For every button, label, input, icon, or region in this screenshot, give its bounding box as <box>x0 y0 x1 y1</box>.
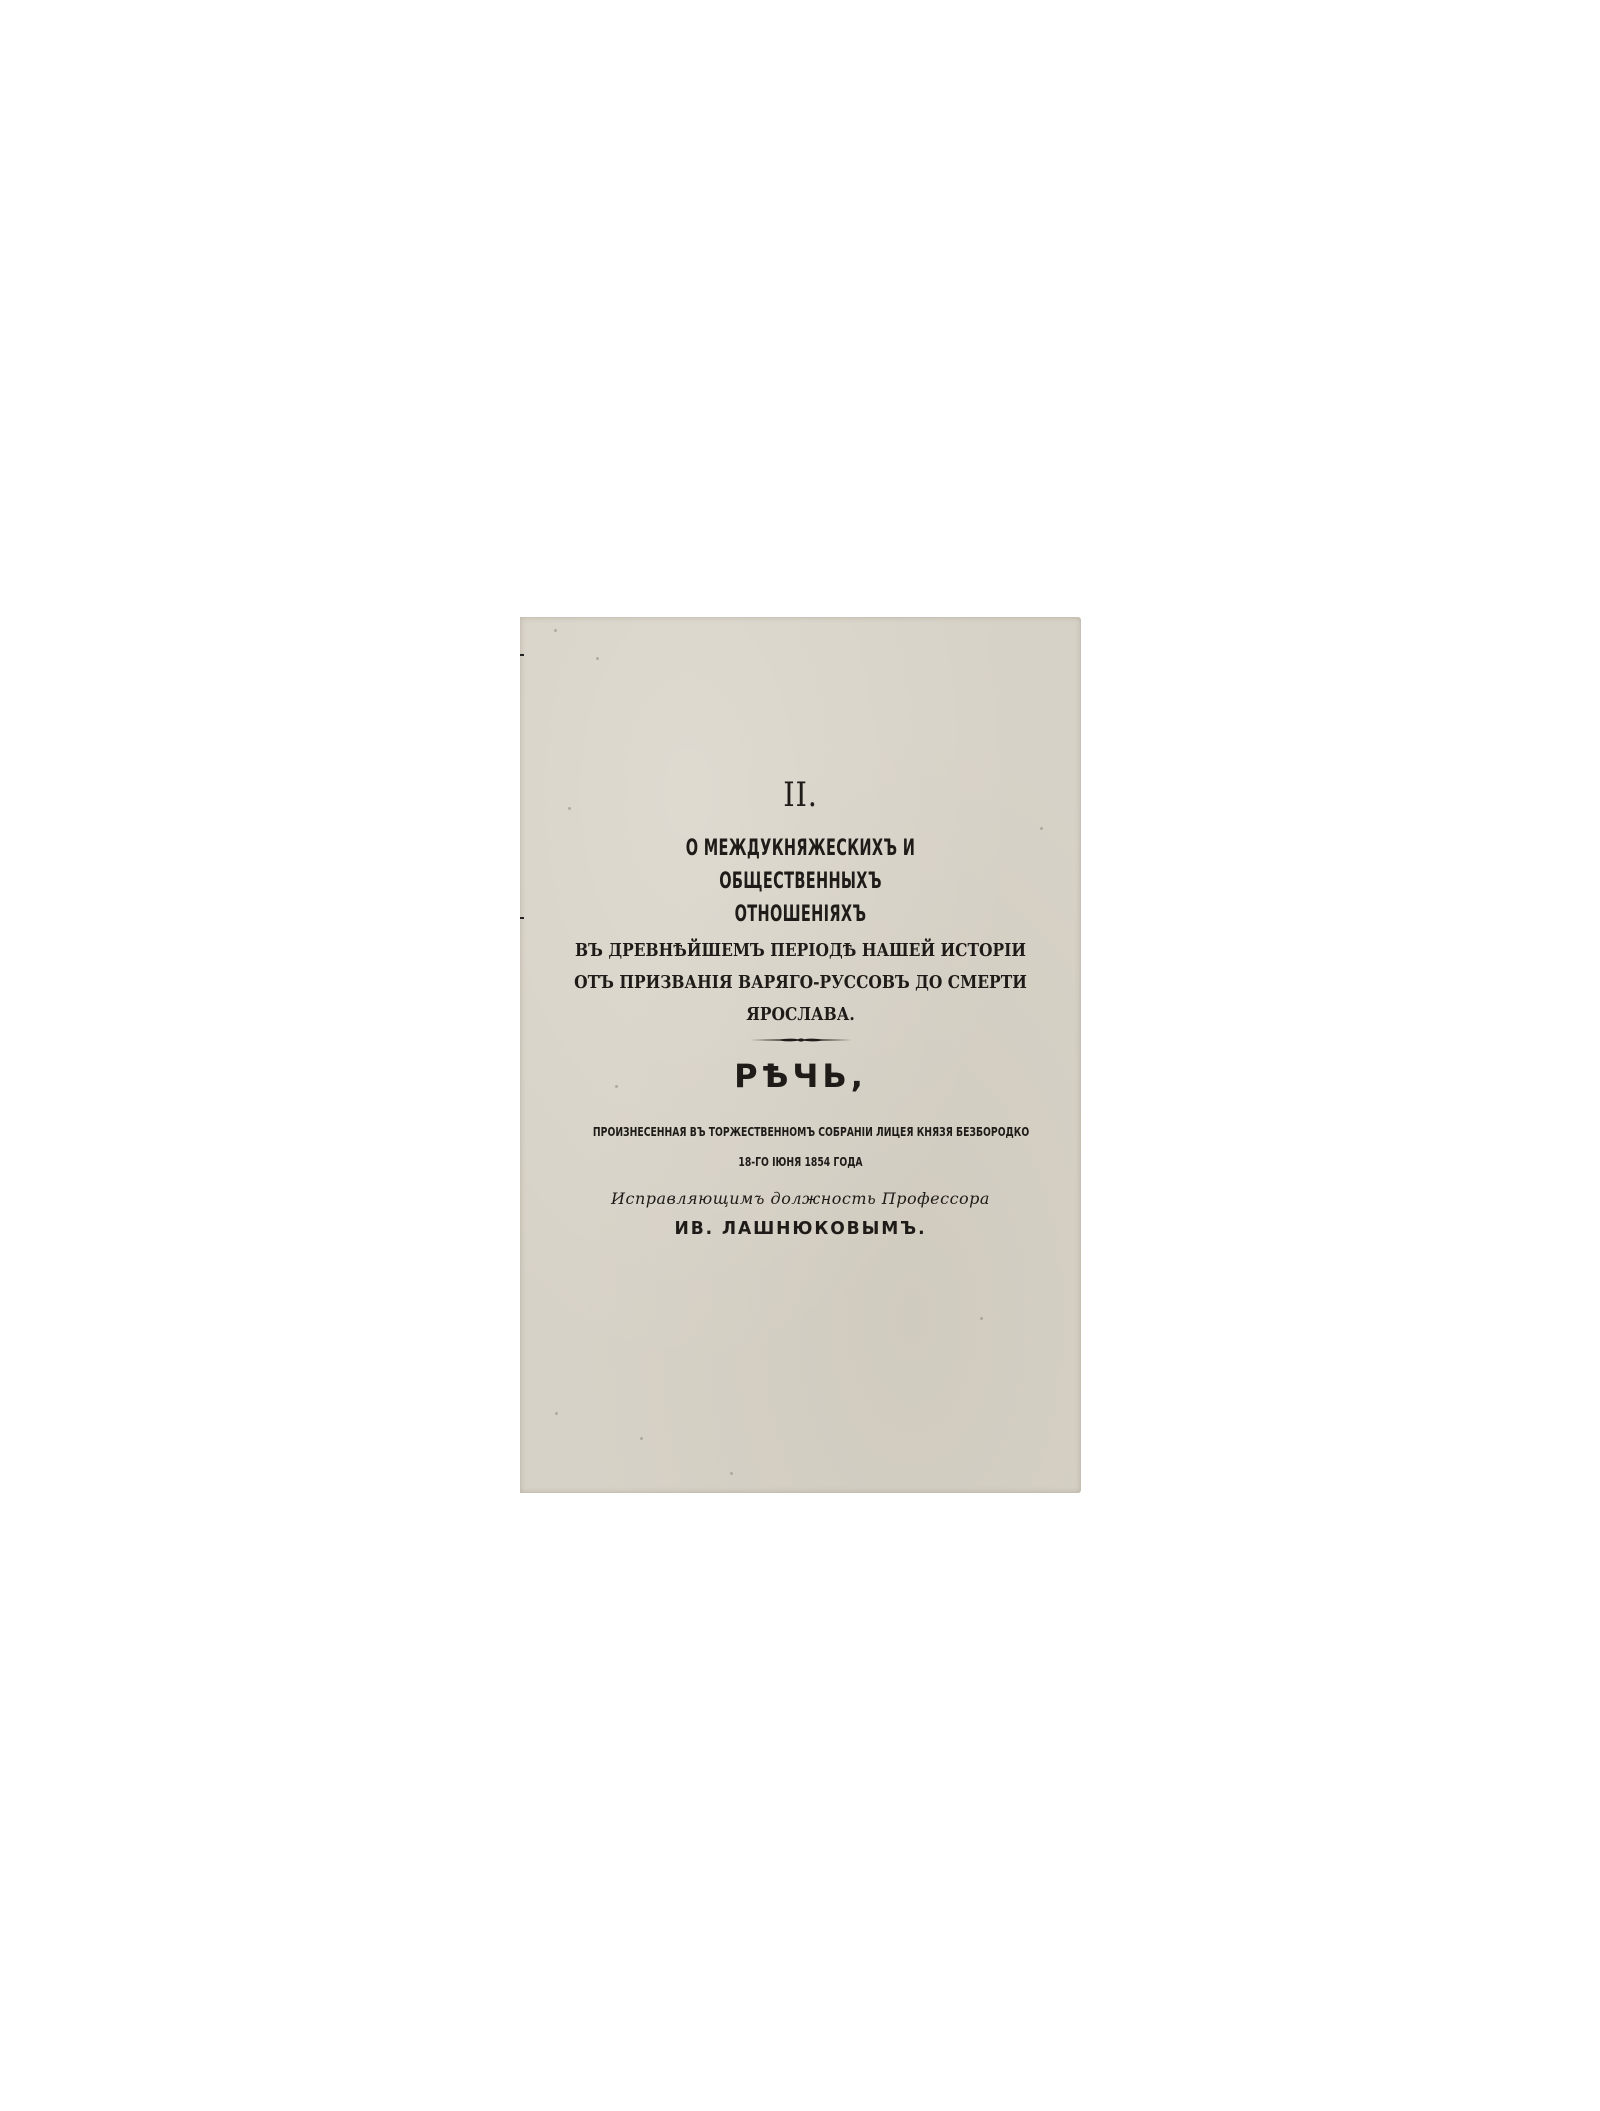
delivered-line: ПРОИЗНЕСЕННАЯ ВЪ ТОРЖЕСТВЕННОМЪ СОБРАНІИ… <box>593 1117 1008 1147</box>
paper-speck <box>980 1317 983 1320</box>
edge-mark <box>520 654 524 656</box>
subtitle-line: ОТЪ ПРИЗВАНІЯ ВАРЯГО-РУССОВЪ ДО СМЕРТИ <box>559 967 1041 999</box>
author-name: ИВ. ЛАШНЮКОВЫМЪ. <box>534 1218 1067 1239</box>
document-page: II. О МЕЖДУКНЯЖЕСКИХЪ И ОБЩЕСТВЕННЫХЪ ОТ… <box>520 617 1081 1493</box>
section-numeral: II. <box>562 775 1039 815</box>
paper-speck <box>596 657 599 660</box>
title-line: ОТНОШЕНІЯХЪ <box>615 898 985 931</box>
edge-mark <box>520 917 524 919</box>
date-line: 18-ГО ІЮНЯ 1854 ГОДА <box>593 1147 1008 1177</box>
subtitle-line: ЯРОСЛАВА. <box>559 999 1041 1031</box>
subtitle: ВЪ ДРЕВНѢЙШЕМЪ ПЕРІОДѢ НАШЕЙ ИСТОРІИ ОТЪ… <box>559 935 1041 1031</box>
paper-speck <box>554 629 557 632</box>
subtitle-line: ВЪ ДРЕВНѢЙШЕМЪ ПЕРІОДѢ НАШЕЙ ИСТОРІИ <box>559 935 1041 967</box>
title: О МЕЖДУКНЯЖЕСКИХЪ И ОБЩЕСТВЕННЫХЪ ОТНОШЕ… <box>615 832 985 931</box>
paper-speck <box>640 1437 643 1440</box>
decorative-rule-ornament <box>750 1037 852 1043</box>
paper-speck <box>1040 827 1043 830</box>
delivered-statement: ПРОИЗНЕСЕННАЯ ВЪ ТОРЖЕСТВЕННОМЪ СОБРАНІИ… <box>593 1117 1008 1177</box>
paper-speck <box>730 1472 733 1475</box>
speech-heading: РѢЧЬ, <box>520 1057 1081 1095</box>
paper-speck <box>555 1412 558 1415</box>
acting-professor-line: Исправляющимъ должность Профессора <box>520 1189 1081 1208</box>
title-line: О МЕЖДУКНЯЖЕСКИХЪ И ОБЩЕСТВЕННЫХЪ <box>615 832 985 898</box>
